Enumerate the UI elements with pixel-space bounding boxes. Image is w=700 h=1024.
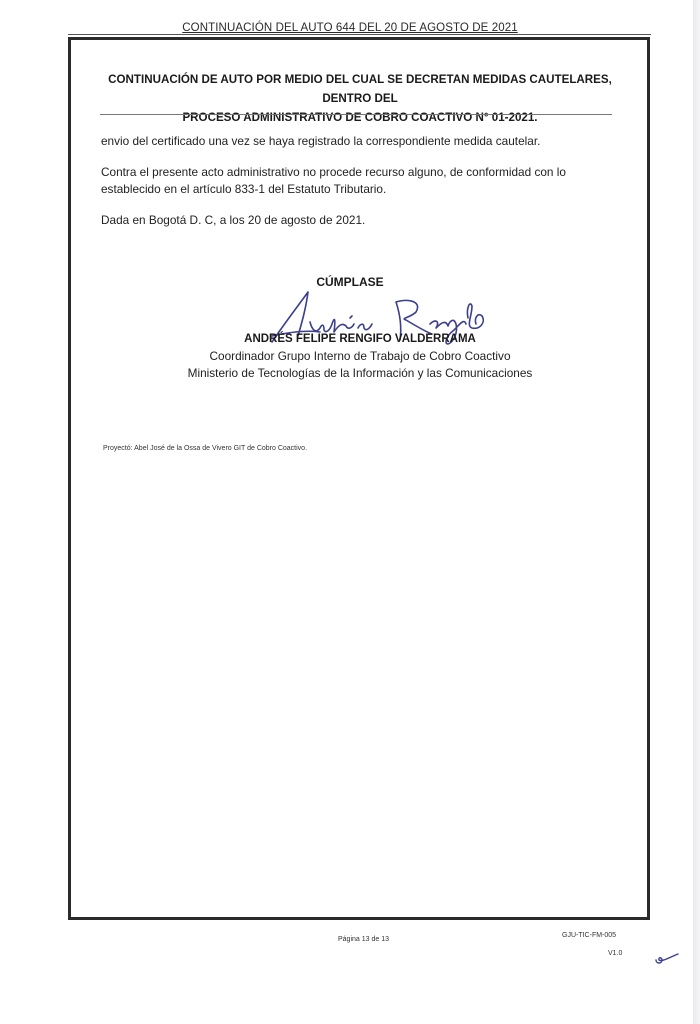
drafted-by-note: Proyectó: Abel José de la Ossa de Vivero…	[103, 445, 307, 452]
footer-version: V1.0	[608, 950, 622, 957]
signer-name: ANDRÉS FELIPE RENGIFO VALDERRAMA	[0, 333, 700, 345]
paragraph-no-appeal: Contra el presente acto administrativo n…	[101, 164, 626, 198]
page-edge-shadow	[693, 0, 700, 1024]
running-header-text: CONTINUACIÓN DEL AUTO 644 DEL 20 DE AGOS…	[182, 22, 517, 34]
handwritten-initials	[654, 950, 680, 966]
paragraph-date-place: Dada en Bogotá D. C, a los 20 de agosto …	[101, 212, 626, 229]
signer-organization: Ministerio de Tecnologías de la Informac…	[0, 366, 700, 380]
header-rule	[68, 34, 651, 35]
title-line-2: PROCESO ADMINISTRATIVO DE COBRO COACTIVO…	[90, 108, 630, 127]
document-title: CONTINUACIÓN DE AUTO POR MEDIO DEL CUAL …	[90, 70, 630, 127]
paragraph-certificate: envio del certificado una vez se haya re…	[101, 133, 626, 150]
closing-cumplase: CÚMPLASE	[0, 275, 700, 289]
title-divider	[100, 114, 612, 115]
footer-form-code: GJU-TIC-FM-005	[562, 932, 616, 939]
signer-role: Coordinador Grupo Interno de Trabajo de …	[0, 349, 700, 363]
footer-page-number: Página 13 de 13	[338, 936, 389, 943]
title-line-1: CONTINUACIÓN DE AUTO POR MEDIO DEL CUAL …	[90, 70, 630, 108]
running-header: CONTINUACIÓN DEL AUTO 644 DEL 20 DE AGOS…	[0, 22, 700, 34]
